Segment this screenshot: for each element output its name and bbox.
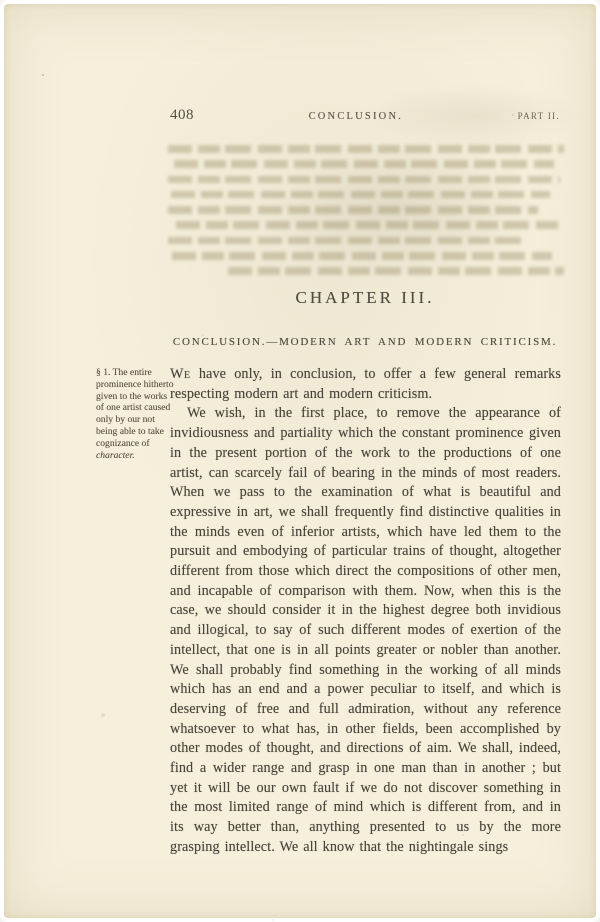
body-text: We have only, in conclusion, to offer a … — [170, 365, 561, 858]
paragraph-text: have only, in conclusion, to offer a few… — [170, 366, 561, 402]
sidenote-text: § 1. The entire prominence hitherto give… — [96, 367, 174, 449]
part-label: PART II. — [518, 111, 560, 121]
paragraph-lead-word: We — [170, 366, 191, 382]
paper-specks — [42, 74, 44, 76]
paragraph: We wish, in the first place, to remove t… — [170, 404, 561, 857]
bleed-through-line — [172, 252, 552, 260]
scan-frame: 408 CONCLUSION. PART II. CHAPTER III. CO… — [0, 0, 600, 922]
paragraph: We have only, in conclusion, to offer a … — [170, 365, 561, 404]
sidenote-emphasis: character. — [96, 450, 135, 461]
bleed-through-line — [176, 221, 558, 229]
running-title: CONCLUSION. — [194, 111, 518, 122]
bleed-through-line — [168, 176, 560, 184]
bleed-through-line — [168, 145, 564, 153]
bleed-through-line — [228, 267, 564, 275]
bleed-through-line — [168, 206, 538, 214]
bleed-through-text — [168, 145, 564, 283]
chapter-heading: CHAPTER III. — [170, 288, 560, 308]
book-page: 408 CONCLUSION. PART II. CHAPTER III. CO… — [4, 4, 596, 918]
bleed-through-line — [168, 237, 524, 245]
page-number: 408 — [170, 107, 194, 124]
bleed-through-line — [174, 160, 554, 168]
margin-sidenote: § 1. The entire prominence hitherto give… — [96, 367, 176, 461]
section-title: CONCLUSION.—MODERN ART AND MODERN CRITIC… — [150, 336, 580, 348]
bleed-through-line — [171, 191, 550, 199]
running-head: 408 CONCLUSION. PART II. — [170, 107, 560, 124]
